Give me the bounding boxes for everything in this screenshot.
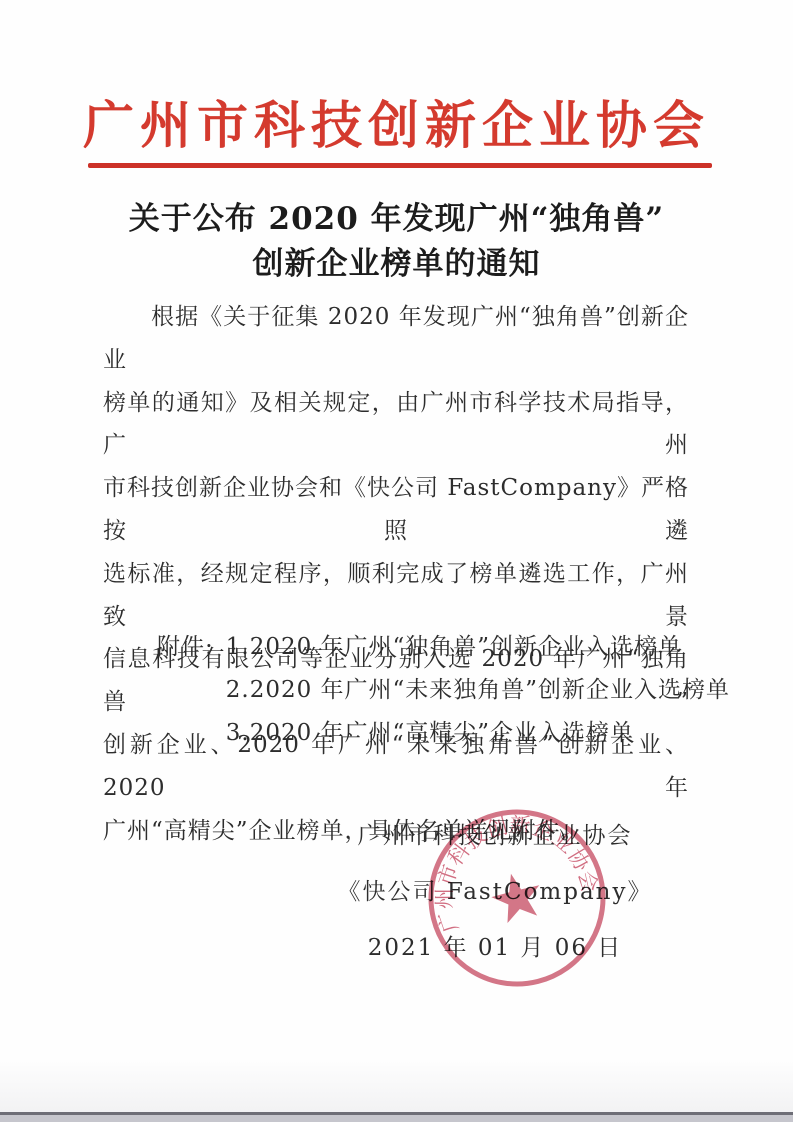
attachments-label: 附件:: [157, 626, 214, 755]
body-paragraph: 根据《关于征集 2020 年发现广州“独角兽”创新企业 榜单的通知》及相关规定，…: [103, 296, 689, 852]
document-title-line-2: 创新企业榜单的通知: [0, 242, 793, 287]
attachment-item: 3.2020 年广州“高精尖”企业入选榜单: [226, 712, 730, 755]
signature-partner: 《快公司 FastCompany》: [335, 873, 655, 906]
letterhead-divider-rule: [88, 163, 712, 168]
document-title-line-1: 关于公布 2020 年发现广州“独角兽”: [0, 197, 793, 242]
letterhead-org-name: 广州市科技创新企业协会: [0, 84, 793, 158]
body-line: 根据《关于征集 2020 年发现广州“独角兽”创新企业: [103, 296, 689, 382]
body-line: 市科技创新企业协会和《快公司 FastCompany》严格按照遴: [103, 467, 689, 553]
signature-date: 2021 年 01 月 06 日: [335, 929, 655, 962]
document-page: 广州市科技创新企业协会 关于公布 2020 年发现广州“独角兽” 创新企业榜单的…: [0, 0, 793, 1122]
signature-block: 广州市科技创新企业协会 《快公司 FastCompany》 2021 年 01 …: [335, 817, 655, 985]
attachment-item: 1.2020 年广州“独角兽”创新企业入选榜单: [226, 626, 730, 669]
attachments-list: 1.2020 年广州“独角兽”创新企业入选榜单 2.2020 年广州“未来独角兽…: [226, 626, 730, 755]
attachment-item: 2.2020 年广州“未来独角兽”创新企业入选榜单: [226, 669, 730, 712]
document-title: 关于公布 2020 年发现广州“独角兽” 创新企业榜单的通知: [0, 197, 793, 287]
attachments-block: 附件: 1.2020 年广州“独角兽”创新企业入选榜单 2.2020 年广州“未…: [157, 626, 730, 755]
signature-org: 广州市科技创新企业协会: [335, 817, 655, 850]
body-line: 榜单的通知》及相关规定，由广州市科学技术局指导，广州: [103, 382, 689, 468]
background-below-paper: [0, 1115, 793, 1122]
paper-bottom-shading: [0, 1060, 793, 1112]
